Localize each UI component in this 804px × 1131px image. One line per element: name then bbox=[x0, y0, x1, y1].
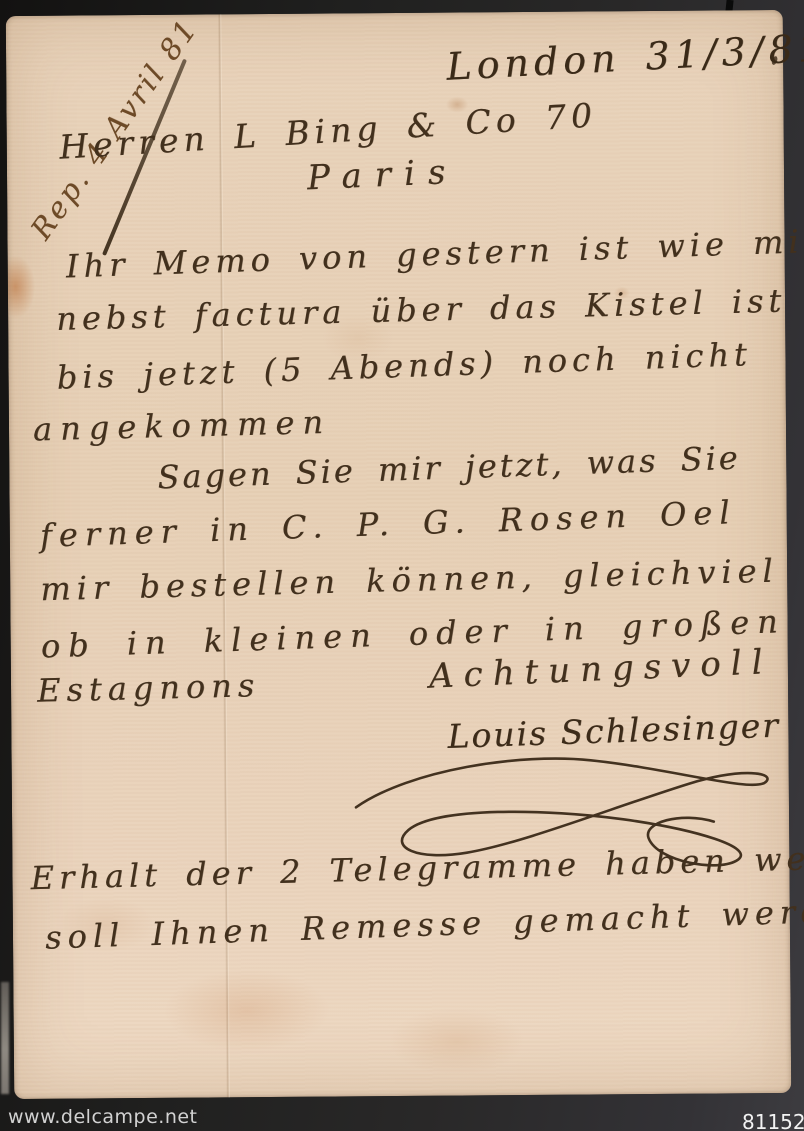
postscript-line: soll Ihnen Remesse gemacht werden bbox=[44, 890, 804, 956]
watermark-item-number: 81152 bbox=[742, 1110, 804, 1131]
body-line: mir bestellen können, gleichviel bbox=[40, 552, 779, 609]
scanned-photo: London 31/3/81 Rep. 4 Avril 81 Herren L … bbox=[0, 0, 804, 1131]
body-line: Sagen Sie mir jetzt, was Sie bbox=[157, 439, 741, 497]
body-line: nebst factura über das Kistel ist bbox=[56, 282, 787, 338]
body-line: angekommen bbox=[33, 403, 332, 449]
address-line-2: Paris bbox=[306, 152, 459, 198]
body-line: ferner in C. P. G. Rosen Oel bbox=[39, 493, 737, 555]
body-line: Estagnons bbox=[37, 666, 261, 710]
watermark-site: www.delcampe.net bbox=[8, 1106, 198, 1128]
body-line: bis jetzt (5 Abends) noch nicht bbox=[56, 335, 752, 397]
body-line: Ihr Memo von gestern ist wie mir bbox=[65, 222, 804, 286]
postcard: London 31/3/81 Rep. 4 Avril 81 Herren L … bbox=[6, 10, 791, 1099]
dateline: London 31/3/81 bbox=[445, 25, 804, 89]
scan-edge-sliver bbox=[1, 982, 9, 1094]
